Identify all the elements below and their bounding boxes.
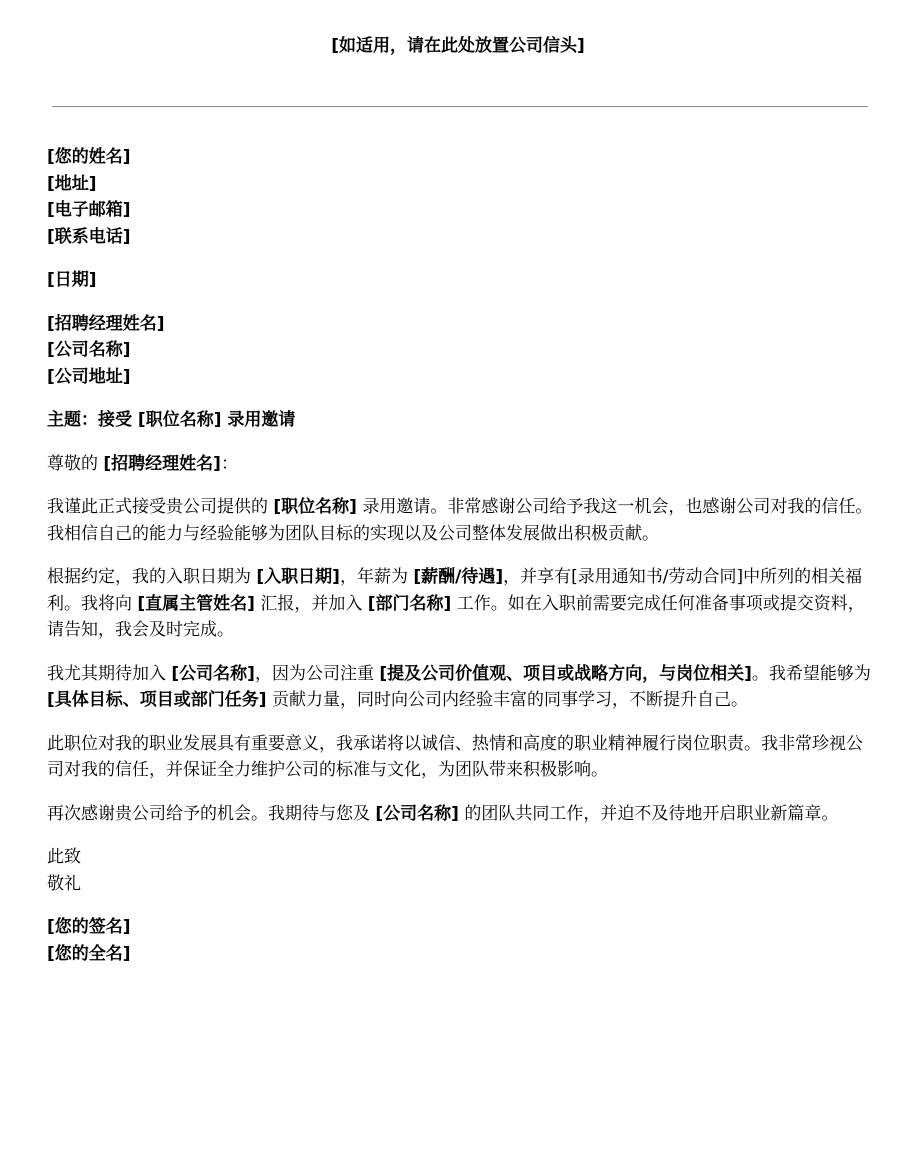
- paragraph-terms: 根据约定，我的入职日期为 [入职日期]，年薪为 [薪酬/待遇]，并享有[录用通知…: [47, 564, 877, 644]
- goals-placeholder: [具体目标、项目或部门任务]: [47, 690, 267, 710]
- full-name-placeholder: [您的全名]: [47, 941, 877, 968]
- recipient-company-name: [公司名称]: [47, 337, 877, 364]
- text: 我谨此正式接受贵公司提供的: [47, 497, 273, 517]
- text: 的团队共同工作，并迫不及待地开启职业新篇章。: [459, 804, 838, 824]
- text: 贡献力量，同时向公司内经验丰富的同事学习，不断提升自己。: [267, 690, 748, 710]
- sender-address: [地址]: [47, 171, 877, 198]
- sender-name: [您的姓名]: [47, 144, 877, 171]
- closing-block: 此致 敬礼: [47, 844, 877, 897]
- letterhead-placeholder: [如适用，请在此处放置公司信头]: [0, 33, 916, 59]
- department-placeholder: [部门名称]: [368, 594, 452, 614]
- sender-block: [您的姓名] [地址] [电子邮箱] [联系电话]: [47, 144, 877, 250]
- sender-email: [电子邮箱]: [47, 197, 877, 224]
- salutation-suffix: ：: [221, 454, 238, 474]
- salary-placeholder: [薪酬/待遇]: [413, 567, 503, 587]
- text: 。我希望能够为: [752, 664, 871, 684]
- recipient-company-address: [公司地址]: [47, 364, 877, 391]
- recipient-block: [招聘经理姓名] [公司名称] [公司地址]: [47, 311, 877, 391]
- paragraph-commitment: 此职位对我的职业发展具有重要意义，我承诺将以诚信、热情和高度的职业精神履行岗位职…: [47, 731, 877, 784]
- signature-block: [您的签名] [您的全名]: [47, 914, 877, 967]
- letter-date: [日期]: [47, 267, 877, 294]
- text: ，年薪为: [340, 567, 413, 587]
- salutation: 尊敬的 [招聘经理姓名]：: [47, 451, 877, 478]
- header-divider: [52, 106, 868, 107]
- recipient-manager-name: [招聘经理姓名]: [47, 311, 877, 338]
- text: 此职位对我的职业发展具有重要意义，我承诺将以诚信、热情和高度的职业精神履行岗位职…: [47, 734, 863, 781]
- text: 汇报，并加入: [255, 594, 368, 614]
- text: 我尤其期待加入: [47, 664, 171, 684]
- paragraph-acceptance: 我谨此正式接受贵公司提供的 [职位名称] 录用邀请。非常感谢公司给予我这一机会，…: [47, 494, 877, 547]
- text: ，因为公司注重: [255, 664, 379, 684]
- supervisor-placeholder: [直属主管姓名]: [137, 594, 255, 614]
- letter-body: [您的姓名] [地址] [电子邮箱] [联系电话] [日期] [招聘经理姓名] …: [47, 144, 877, 984]
- closing-line-1: 此致: [47, 844, 877, 871]
- signature-placeholder: [您的签名]: [47, 914, 877, 941]
- text: 根据约定，我的入职日期为: [47, 567, 256, 587]
- paragraph-thanks: 再次感谢贵公司给予的机会。我期待与您及 [公司名称] 的团队共同工作，并迫不及待…: [47, 801, 877, 828]
- date-block: [日期]: [47, 267, 877, 294]
- company-values-placeholder: [提及公司价值观、项目或战略方向，与岗位相关]: [379, 664, 752, 684]
- company-name-placeholder: [公司名称]: [375, 804, 459, 824]
- salutation-name: [招聘经理姓名]: [103, 454, 221, 474]
- start-date-placeholder: [入职日期]: [256, 567, 340, 587]
- sender-phone: [联系电话]: [47, 224, 877, 251]
- closing-line-2: 敬礼: [47, 871, 877, 898]
- position-title-placeholder: [职位名称]: [273, 497, 357, 517]
- paragraph-motivation: 我尤其期待加入 [公司名称]，因为公司注重 [提及公司价值观、项目或战略方向，与…: [47, 661, 877, 714]
- text: 再次感谢贵公司给予的机会。我期待与您及: [47, 804, 375, 824]
- salutation-prefix: 尊敬的: [47, 454, 103, 474]
- company-name-placeholder: [公司名称]: [171, 664, 255, 684]
- subject-line: 主题：接受 [职位名称] 录用邀请: [47, 407, 877, 434]
